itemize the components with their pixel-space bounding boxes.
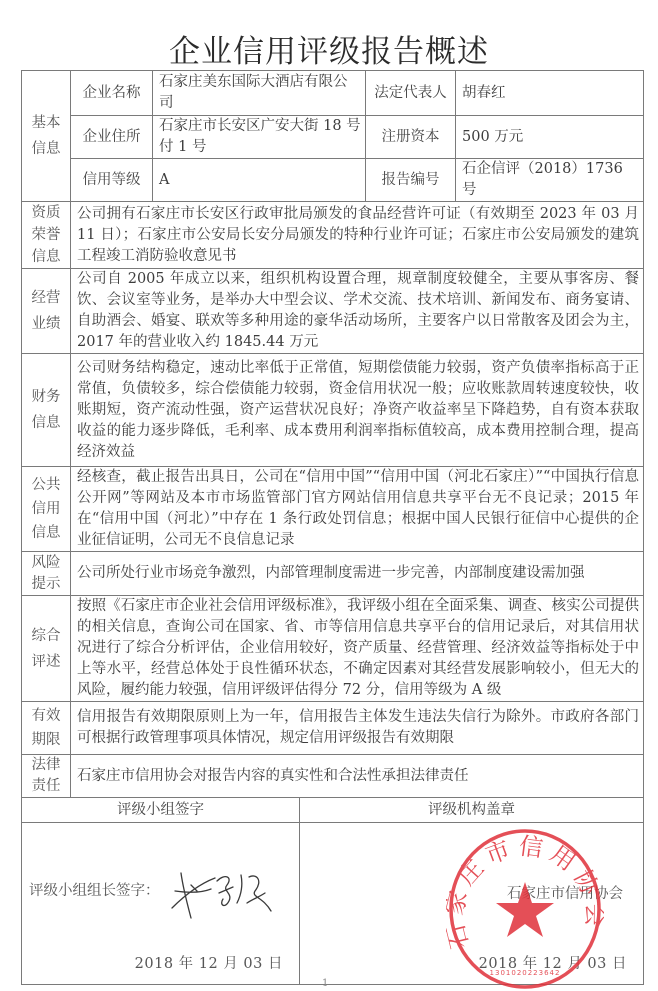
section-text: 公司自 2005 年成立以来，组织机构设置合理，规章制度较健全，主要从事客房、餐… bbox=[71, 269, 644, 354]
section-label: 有效期限 bbox=[22, 702, 71, 755]
section-business-performance: 经营业绩 公司自 2005 年成立以来，组织机构设置合理，规章制度较健全，主要从… bbox=[22, 269, 644, 354]
label-registered-capital: 注册资本 bbox=[366, 116, 456, 159]
section-overall-review: 综合评述 按照《石家庄市企业社会信用评级标准》，我评级小组在全面采集、调查、核实… bbox=[22, 596, 644, 702]
value-company-address: 石家庄市长安区广安大街 18 号付 1 号 bbox=[153, 116, 366, 159]
section-label-basic-info: 基本信息 bbox=[22, 71, 71, 202]
basic-row-address: 企业住所 石家庄市长安区广安大街 18 号付 1 号 注册资本 500 万元 bbox=[22, 116, 644, 159]
label-company-name: 企业名称 bbox=[71, 71, 153, 116]
section-label: 公共信用信息 bbox=[22, 467, 71, 552]
section-risk-warning: 风险提示 公司所处行业市场竞争激烈，内部管理制度需进一步完善，内部制度建设需加强 bbox=[22, 552, 644, 596]
section-label: 财务信息 bbox=[22, 354, 71, 467]
agency-seal-area: 石家庄市信用协会 石家庄市信用协会 1301020223642 2018 年 bbox=[300, 823, 644, 985]
basic-row-rating: 信用等级 A 报告编号 石企信评（2018）1736 号 bbox=[22, 159, 644, 202]
team-signature-header: 评级小组签字 bbox=[22, 798, 300, 823]
label-legal-rep: 法定代表人 bbox=[366, 71, 456, 116]
value-registered-capital: 500 万元 bbox=[456, 116, 644, 159]
value-legal-rep: 胡春红 bbox=[456, 71, 644, 116]
section-label: 风险提示 bbox=[22, 552, 71, 596]
section-label: 资质荣誉信息 bbox=[22, 202, 71, 269]
label-report-number: 报告编号 bbox=[366, 159, 456, 202]
section-text: 信用报告有效期限原则上为一年，信用报告主体发生违法失信行为除外。市政府各部门可根… bbox=[71, 702, 644, 755]
section-label: 经营业绩 bbox=[22, 269, 71, 354]
value-credit-rating: A bbox=[153, 159, 366, 202]
section-text: 公司所处行业市场竞争激烈，内部管理制度需进一步完善，内部制度建设需加强 bbox=[71, 552, 644, 596]
section-financial-info: 财务信息 公司财务结构稳定，速动比率低于正常值，短期偿债能力较弱，资产负债率指标… bbox=[22, 354, 644, 467]
leader-signature-label: 评级小组组长签字： bbox=[29, 881, 160, 902]
basic-row-name: 基本信息 企业名称 石家庄美东国际大酒店有限公司 法定代表人 胡春红 bbox=[22, 71, 644, 116]
svg-text:1301020223642: 1301020223642 bbox=[490, 969, 561, 977]
value-company-name: 石家庄美东国际大酒店有限公司 bbox=[153, 71, 366, 116]
handwritten-signature-icon bbox=[167, 863, 277, 923]
official-seal-icon: 石家庄市信用协会 1301020223642 bbox=[446, 827, 604, 991]
label-credit-rating: 信用等级 bbox=[71, 159, 153, 202]
section-qualifications: 资质荣誉信息 公司拥有石家庄市长安区行政审批局颁发的食品经营许可证（有效期至 2… bbox=[22, 202, 644, 269]
report-table: 基本信息 企业名称 石家庄美东国际大酒店有限公司 法定代表人 胡春红 企业住所 … bbox=[21, 70, 643, 985]
page-number: 1 bbox=[322, 978, 328, 989]
section-validity: 有效期限 信用报告有效期限原则上为一年，信用报告主体发生违法失信行为除外。市政府… bbox=[22, 702, 644, 755]
label-company-address: 企业住所 bbox=[71, 116, 153, 159]
section-label: 法律责任 bbox=[22, 755, 71, 798]
section-label: 综合评述 bbox=[22, 596, 71, 702]
team-signature-date: 2018 年 12 月 03 日 bbox=[135, 954, 283, 975]
section-legal-liability: 法律责任 石家庄市信用协会对报告内容的真实性和合法性承担法律责任 bbox=[22, 755, 644, 798]
team-signature-area: 评级小组组长签字： 2018 年 12 月 03 日 bbox=[22, 823, 300, 985]
agency-seal-header: 评级机构盖章 bbox=[300, 798, 644, 823]
section-text: 经核查，截止报告出具日，公司在“信用中国”“信用中国（河北石家庄）”“中国执行信… bbox=[71, 467, 644, 552]
document-title: 企业信用评级报告概述 bbox=[0, 26, 658, 71]
section-text: 按照《石家庄市企业社会信用评级标准》，我评级小组在全面采集、调查、核实公司提供的… bbox=[71, 596, 644, 702]
section-public-credit: 公共信用信息 经核查，截止报告出具日，公司在“信用中国”“信用中国（河北石家庄）… bbox=[22, 467, 644, 552]
section-text: 公司财务结构稳定，速动比率低于正常值，短期偿债能力较弱，资产负债率指标高于正常值… bbox=[71, 354, 644, 467]
value-report-number: 石企信评（2018）1736 号 bbox=[456, 159, 644, 202]
section-text: 石家庄市信用协会对报告内容的真实性和合法性承担法律责任 bbox=[71, 755, 644, 798]
section-text: 公司拥有石家庄市长安区行政审批局颁发的食品经营许可证（有效期至 2023 年 0… bbox=[71, 202, 644, 269]
